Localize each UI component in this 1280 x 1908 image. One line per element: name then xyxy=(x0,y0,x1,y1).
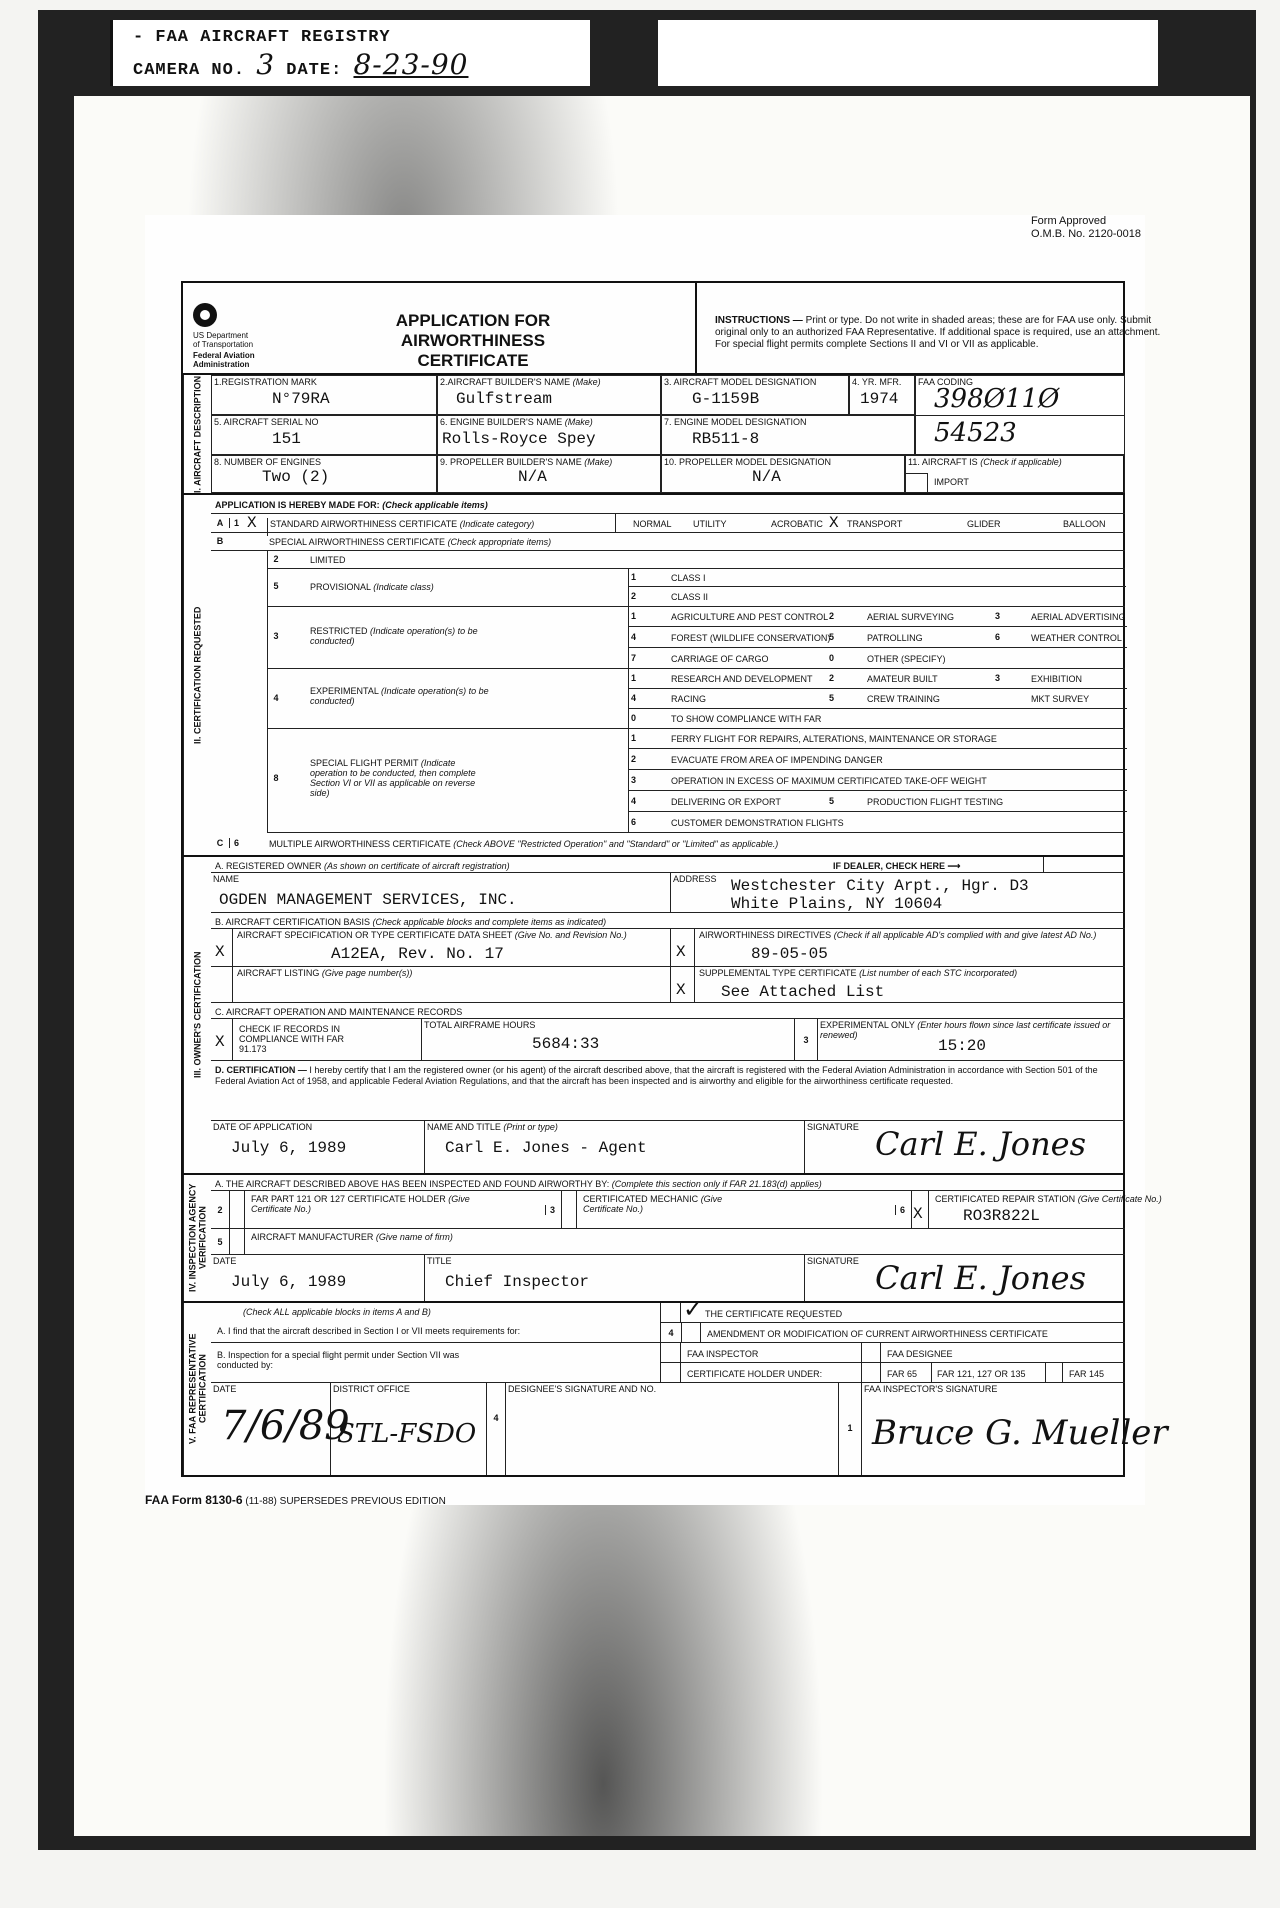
option-customer-demo[interactable]: CUSTOMER DEMONSTRATION FLIGHTS xyxy=(669,817,846,829)
propeller-model-field[interactable]: 10. PROPELLER MODEL DESIGNATION N/A xyxy=(661,455,905,493)
faa-inspector-checkbox[interactable] xyxy=(661,1343,681,1362)
option-other[interactable]: OTHER (Specify) xyxy=(865,653,948,665)
form-approved: Form Approved O.M.B. No. 2120-0018 xyxy=(1031,215,1141,241)
cert-holder-checkbox[interactable] xyxy=(661,1363,681,1382)
option-aerial-surveying[interactable]: AERIAL SURVEYING xyxy=(865,611,956,623)
category-transport[interactable]: TRANSPORT xyxy=(845,518,904,530)
faa-coding-field: FAA CODING 398Ø11Ø 54523 xyxy=(915,375,1125,455)
form-footer: FAA Form 8130-6 (11-88) SUPERSEDES PREVI… xyxy=(145,1493,446,1507)
inspector-title-field[interactable]: TITLE Chief Inspector xyxy=(425,1255,805,1301)
ad-checkbox[interactable]: X xyxy=(676,943,686,961)
far-holder-checkbox[interactable] xyxy=(229,1191,245,1228)
total-airframe-hours-field[interactable]: TOTAL AIRFRAME HOURS 5684:33 xyxy=(421,1019,795,1060)
inspection-date-field[interactable]: DATE July 6, 1989 xyxy=(211,1255,425,1301)
section-owners-certification: III. OWNER'S CERTIFICATION A. REGISTERED… xyxy=(181,855,1125,1175)
section-faa-representative: V. FAA REPRESENTATIVE CERTIFICATION (Che… xyxy=(181,1301,1125,1477)
special-flight-options: 1 FERRY FLIGHT FOR REPAIRS, ALTERATIONS,… xyxy=(628,729,1126,833)
option-excess-weight[interactable]: OPERATION IN EXCESS OF MAXIMUM CERTIFICA… xyxy=(669,775,989,787)
option-crew-training[interactable]: CREW TRAINING xyxy=(865,693,942,705)
option-carriage-of-cargo[interactable]: CARRIAGE OF CARGO xyxy=(669,653,771,665)
district-office: STL-FSDO xyxy=(337,1419,476,1449)
name-title-field[interactable]: NAME AND TITLE (Print or type) Carl E. J… xyxy=(425,1121,805,1173)
section-4-tab: IV. INSPECTION AGENCY VERIFICATION xyxy=(183,1175,211,1301)
option-evacuate[interactable]: EVACUATE FROM AREA OF IMPENDING DANGER xyxy=(669,754,885,766)
experimental-row: 4 EXPERIMENTAL (Indicate operation(s) to… xyxy=(267,669,1125,729)
section-5-tab: V. FAA REPRESENTATIVE CERTIFICATION xyxy=(183,1303,211,1475)
experimental-options: 1 RESEARCH AND DEVELOPMENT 2 AMATEUR BUI… xyxy=(628,669,1126,729)
engine-model-field[interactable]: 7. ENGINE MODEL DESIGNATION RB511-8 xyxy=(661,415,915,455)
aircraft-is-field: 11. AIRCRAFT IS (Check if applicable) IM… xyxy=(905,455,1125,493)
stc-field[interactable]: X SUPPLEMENTAL TYPE CERTIFICATE (List nu… xyxy=(671,967,1125,1003)
registry-stamp: - FAA AIRCRAFT REGISTRY CAMERA NO. 3 DAT… xyxy=(110,20,590,86)
category-acrobatic[interactable]: ACROBATIC xyxy=(769,518,825,530)
amendment-option[interactable]: 4 AMENDMENT OR MODIFICATION OF CURRENT A… xyxy=(661,1323,1125,1343)
section-certification-requested: II. CERTIFICATION REQUESTED APPLICATION … xyxy=(181,493,1125,857)
option-patrolling[interactable]: PATROLLING xyxy=(865,632,925,644)
repair-station-number: RO3R822L xyxy=(963,1207,1040,1225)
class-2-option[interactable]: 2 CLASS II xyxy=(628,587,1126,606)
stamp-camera-date: CAMERA NO. 3 DATE: 8-23-90 xyxy=(133,48,468,81)
year-manufactured-field[interactable]: 4. YR. MFR. 1974 xyxy=(849,375,915,415)
category-balloon[interactable]: BALLOON xyxy=(1061,518,1108,530)
special-certificate-row: B SPECIAL AIRWORTHINESS CERTIFICATE (Che… xyxy=(211,533,1125,551)
section-3-tab: III. OWNER'S CERTIFICATION xyxy=(183,857,211,1173)
faa-designee-checkbox[interactable] xyxy=(861,1343,881,1362)
district-office-field[interactable]: DISTRICT OFFICE STL-FSDO xyxy=(331,1383,487,1475)
registration-mark-field[interactable]: 1.REGISTRATION MARK N°79RA xyxy=(211,375,437,415)
provisional-row: 5 PROVISIONAL (Indicate class) 1 CLASS I… xyxy=(267,569,1125,607)
option-production-testing[interactable]: PRODUCTION FLIGHT TESTING xyxy=(865,796,1005,808)
aircraft-builder-field[interactable]: 2.AIRCRAFT BUILDER'S NAME (Make) Gulfstr… xyxy=(437,375,661,415)
import-checkbox[interactable] xyxy=(906,473,928,492)
faa-coding-2: 54523 xyxy=(934,418,1017,448)
agency-name: US Department of Transportation Federal … xyxy=(193,331,255,369)
far145-checkbox[interactable] xyxy=(1045,1363,1063,1382)
blank-label xyxy=(658,20,1158,86)
application-date-field[interactable]: DATE OF APPLICATION July 6, 1989 xyxy=(211,1121,425,1173)
aircraft-model-field[interactable]: 3. AIRCRAFT MODEL DESIGNATION G-1159B xyxy=(661,375,849,415)
stc-checkbox[interactable]: X xyxy=(676,981,686,999)
restricted-options: 1 AGRICULTURE AND PEST CONTROL 2 AERIAL … xyxy=(628,607,1126,669)
propeller-builder-field[interactable]: 9. PROPELLER BUILDER'S NAME (Make) N/A xyxy=(437,455,661,493)
option-agriculture[interactable]: AGRICULTURE AND PEST CONTROL xyxy=(669,611,830,623)
section-aircraft-description: I. AIRCRAFT DESCRIPTION 1.REGISTRATION M… xyxy=(181,373,1125,495)
number-of-engines-field[interactable]: 8. NUMBER OF ENGINES Two (2) xyxy=(211,455,437,493)
aircraft-listing-field[interactable]: AIRCRAFT LISTING (Give page number(s)) xyxy=(211,967,671,1003)
faa-inspector-signature: Bruce G. Mueller xyxy=(872,1413,1168,1453)
serial-number-field[interactable]: 5. AIRCRAFT SERIAL NO 151 xyxy=(211,415,437,455)
option-weather-control[interactable]: WEATHER CONTROL xyxy=(1029,632,1124,644)
section-inspection-agency: IV. INSPECTION AGENCY VERIFICATION A. TH… xyxy=(181,1173,1125,1303)
category-checkbox[interactable]: X xyxy=(829,514,839,532)
inspector-signature-field[interactable]: SIGNATURE Carl E. Jones xyxy=(805,1255,1125,1301)
repair-station-checkbox[interactable]: X xyxy=(913,1205,923,1223)
dot-logo-icon xyxy=(193,303,217,327)
checkmark-icon: ✓ xyxy=(683,1295,703,1323)
far65-checkbox[interactable] xyxy=(861,1363,881,1382)
option-amateur-built[interactable]: AMATEUR BUILT xyxy=(865,673,940,685)
limited-row[interactable]: 2 LIMITED xyxy=(267,551,1125,569)
owner-address-field[interactable]: ADDRESS Westchester City Arpt., Hgr. D3 … xyxy=(671,873,1125,913)
instructions: INSTRUCTIONS — Print or type. Do not wri… xyxy=(715,315,1165,351)
class-1-option[interactable]: 1 CLASS I xyxy=(628,569,1126,587)
inspector-signature: Carl E. Jones xyxy=(875,1259,1086,1297)
option-show-compliance[interactable]: TO SHOW COMPLIANCE WITH FAR xyxy=(669,713,823,725)
option-racing[interactable]: RACING xyxy=(669,693,708,705)
faa-date-field[interactable]: DATE 7/6/89 xyxy=(211,1383,331,1475)
standard-certificate-checkbox[interactable]: X xyxy=(247,514,257,532)
experimental-hours-field[interactable]: EXPERIMENTAL ONLY (Enter hours flown sin… xyxy=(817,1019,1125,1060)
restricted-row: 3 RESTRICTED (Indicate operation(s) to b… xyxy=(267,607,1125,669)
option-forest[interactable]: FOREST (Wildlife conservation) xyxy=(669,632,832,644)
stamp-title: - FAA AIRCRAFT REGISTRY xyxy=(133,28,391,47)
faa-coding-1: 398Ø11Ø xyxy=(934,384,1059,414)
dealer-checkbox[interactable] xyxy=(1043,857,1123,873)
camera-number: 3 xyxy=(256,48,275,81)
type-certificate-field[interactable]: X AIRCRAFT SPECIFICATION OR TYPE CERTIFI… xyxy=(211,929,671,967)
section-1-tab: I. AIRCRAFT DESCRIPTION xyxy=(183,375,211,493)
standard-certificate-row: A 1 X STANDARD AIRWORTHINESS CERTIFICATE… xyxy=(211,513,1125,533)
airworthiness-directives-field[interactable]: X AIRWORTHINESS DIRECTIVES (Check if all… xyxy=(671,929,1125,967)
category-utility[interactable]: UTILITY xyxy=(691,518,729,530)
section-2-tab: II. CERTIFICATION REQUESTED xyxy=(183,495,211,855)
owner-signature: Carl E. Jones xyxy=(875,1125,1086,1163)
owner-name-field[interactable]: NAME OGDEN MANAGEMENT SERVICES, INC. xyxy=(211,873,671,913)
form-title: APPLICATION FOR AIRWORTHINESS CERTIFICAT… xyxy=(343,311,603,371)
type-certificate-checkbox[interactable]: X xyxy=(215,943,225,961)
category-normal[interactable]: NORMAL xyxy=(631,518,674,530)
category-glider[interactable]: GLIDER xyxy=(965,518,1003,530)
owner-certification-statement: D. CERTIFICATION — I hereby certify that… xyxy=(211,1061,1125,1121)
airworthiness-form: Form Approved O.M.B. No. 2120-0018 US De… xyxy=(145,215,1145,1505)
records-checkbox[interactable]: X xyxy=(215,1033,225,1051)
owner-signature-field[interactable]: SIGNATURE Carl E. Jones xyxy=(805,1121,1125,1173)
engine-builder-field[interactable]: 6. ENGINE BUILDER'S NAME (Make) Rolls-Ro… xyxy=(437,415,661,455)
option-ferry-flight[interactable]: FERRY FLIGHT FOR REPAIRS, ALTERATIONS, M… xyxy=(669,733,999,745)
multiple-certificate-row[interactable]: C 6 MULTIPLE AIRWORTHINESS CERTIFICATE (… xyxy=(211,833,1125,855)
stamp-date: 8-23-90 xyxy=(353,48,468,81)
certificate-requested-option[interactable]: ✓ THE CERTIFICATE REQUESTED xyxy=(661,1303,1125,1323)
option-aerial-advertising[interactable]: AERIAL ADVERTISING xyxy=(1029,611,1128,623)
manufacturer-field[interactable]: 5 AIRCRAFT MANUFACTURER (Give name of fi… xyxy=(211,1229,1125,1255)
option-exhibition[interactable]: EXHIBITION xyxy=(1029,673,1084,685)
form-header: US Department of Transportation Federal … xyxy=(181,281,1125,375)
option-mkt-survey[interactable]: MKT SURVEY xyxy=(1029,693,1091,705)
special-flight-permit-row: 8 SPECIAL FLIGHT PERMIT (Indicate operat… xyxy=(267,729,1125,833)
option-delivering-export[interactable]: DELIVERING OR EXPORT xyxy=(669,796,783,808)
option-research[interactable]: RESEARCH AND DEVELOPMENT xyxy=(669,673,815,685)
faa-inspector-signature-field[interactable]: FAA INSPECTOR'S SIGNATURE Bruce G. Muell… xyxy=(861,1383,1125,1475)
designee-signature-field[interactable]: DESIGNEE'S SIGNATURE AND NO. xyxy=(505,1383,839,1475)
mechanic-checkbox[interactable] xyxy=(561,1191,577,1228)
